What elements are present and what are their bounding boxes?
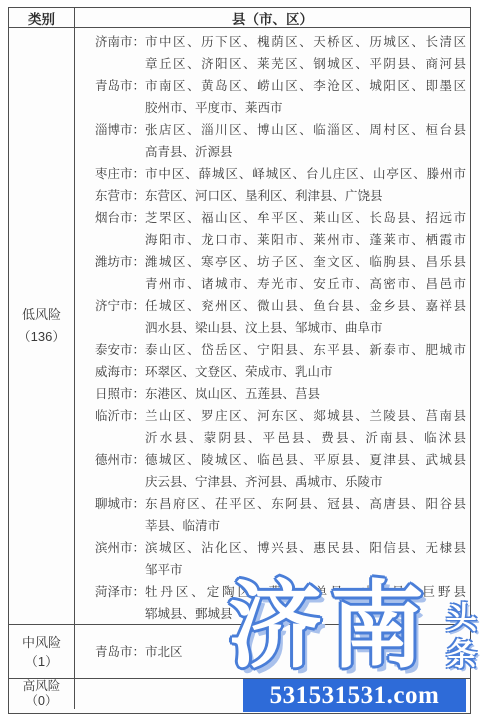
city-entry: 济宁市：任城区、兖州区、微山县、鱼台县、金乡县、嘉祥县泗水县、梁山县、汶上县、邹… (95, 295, 466, 339)
district-line: 市北区 (145, 641, 183, 663)
city-name: 泰安市： (95, 339, 145, 361)
district-lines: 东港区、岚山区、五莲县、莒县 (145, 383, 466, 405)
city-entry: 日照市：东港区、岚山区、五莲县、莒县 (95, 383, 466, 405)
district-line: 滨城区、沾化区、博兴县、惠民县、阳信县、无棣县 (145, 537, 466, 559)
watermark-brand-text: 济南 (228, 578, 432, 674)
district-line: 东营区、河口区、垦利区、利津县、广饶县 (145, 185, 466, 207)
city-name: 枣庄市： (95, 163, 145, 185)
city-entry: 聊城市：东昌府区、茌平区、东阿县、冠县、高唐县、阳谷县莘县、临清市 (95, 493, 466, 537)
district-line: 胶州市、平度市、莱西市 (145, 97, 466, 119)
city-entry: 潍坊市：潍城区、寒亭区、坊子区、奎文区、临朐县、昌乐县青州市、诸城市、寿光市、安… (95, 251, 466, 295)
district-lines: 市中区、薛城区、峄城区、台儿庄区、山亭区、滕州市 (145, 163, 466, 185)
city-name: 德州市： (95, 449, 145, 493)
risk-row: 低风险（136）济南市：市中区、历下区、槐荫区、天桥区、历城区、长清区章丘区、济… (9, 27, 470, 624)
district-lines: 市北区 (145, 641, 183, 663)
city-name: 东营市： (95, 185, 145, 207)
city-name: 济南市： (95, 31, 145, 75)
district-line: 德城区、陵城区、临邑县、平原县、夏津县、武城县 (145, 449, 466, 471)
city-entry: 济南市：市中区、历下区、槐荫区、天桥区、历城区、长清区章丘区、济阳区、莱芜区、钢… (95, 31, 466, 75)
city-entry: 青岛市：市南区、黄岛区、崂山区、李沧区、城阳区、即墨区胶州市、平度市、莱西市 (95, 75, 466, 119)
district-line: 市中区、历下区、槐荫区、天桥区、历城区、长清区 (145, 31, 466, 53)
risk-label-cell: 高风险（0） (9, 679, 75, 709)
risk-label: 中风险 (22, 633, 61, 652)
district-line: 张店区、淄川区、博山区、临淄区、周村区、桓台县 (145, 119, 466, 141)
district-line: 市中区、薛城区、峄城区、台儿庄区、山亭区、滕州市 (145, 163, 466, 185)
city-entry: 东营市：东营区、河口区、垦利区、利津县、广饶县 (95, 185, 466, 207)
district-line: 潍城区、寒亭区、坊子区、奎文区、临朐县、昌乐县 (145, 251, 466, 273)
district-lines: 东营区、河口区、垦利区、利津县、广饶县 (145, 185, 466, 207)
city-name: 临沂市： (95, 405, 145, 449)
city-name: 青岛市： (95, 641, 145, 663)
district-line: 沂水县、蒙阴县、平邑县、费县、沂南县、临沭县 (145, 427, 466, 449)
city-name: 青岛市： (95, 75, 145, 119)
city-entry: 枣庄市：市中区、薛城区、峄城区、台儿庄区、山亭区、滕州市 (95, 163, 466, 185)
district-line: 章丘区、济阳区、莱芜区、钢城区、平阴县、商河县 (145, 53, 466, 75)
city-name: 日照市： (95, 383, 145, 405)
city-name: 滨州市： (95, 537, 145, 581)
risk-count: （1） (25, 652, 58, 671)
district-line: 高青县、沂源县 (145, 141, 466, 163)
district-line: 任城区、兖州区、微山县、鱼台县、金乡县、嘉祥县 (145, 295, 466, 317)
city-name: 济宁市： (95, 295, 145, 339)
district-line: 东港区、岚山区、五莲县、莒县 (145, 383, 466, 405)
district-line: 泗水县、梁山县、汶上县、邹城市、曲阜市 (145, 317, 466, 339)
city-name: 潍坊市： (95, 251, 145, 295)
district-lines: 任城区、兖州区、微山县、鱼台县、金乡县、嘉祥县泗水县、梁山县、汶上县、邹城市、曲… (145, 295, 466, 339)
district-lines: 兰山区、罗庄区、河东区、郯城县、兰陵县、莒南县沂水县、蒙阴县、平邑县、费县、沂南… (145, 405, 466, 449)
risk-label: 低风险 (22, 304, 61, 326)
page: { "header": { "col_category": "类别", "col… (0, 0, 480, 716)
table-header: 类别 县（市、区） (9, 8, 470, 27)
district-line: 东昌府区、茌平区、东阿县、冠县、高唐县、阳谷县 (145, 493, 466, 515)
watermark-url-box: 531531531.com (243, 679, 466, 712)
city-entry: 威海市：环翠区、文登区、荣成市、乳山市 (95, 361, 466, 383)
risk-label: 高风险 (23, 679, 61, 694)
district-line: 海阳市、龙口市、莱阳市、莱州市、蓬莱市、栖霞市 (145, 229, 466, 251)
city-entry: 泰安市：泰山区、岱岳区、宁阳县、东平县、新泰市、肥城市 (95, 339, 466, 361)
city-entry: 淄博市：张店区、淄川区、博山区、临淄区、周村区、桓台县高青县、沂源县 (95, 119, 466, 163)
district-lines: 东昌府区、茌平区、东阿县、冠县、高唐县、阳谷县莘县、临清市 (145, 493, 466, 537)
district-lines: 市南区、黄岛区、崂山区、李沧区、城阳区、即墨区胶州市、平度市、莱西市 (145, 75, 466, 119)
district-line: 莘县、临清市 (145, 515, 466, 537)
county-list-cell: 济南市：市中区、历下区、槐荫区、天桥区、历城区、长清区章丘区、济阳区、莱芜区、钢… (75, 28, 470, 624)
risk-label-cell: 中风险（1） (9, 625, 75, 678)
district-lines: 泰山区、岱岳区、宁阳县、东平县、新泰市、肥城市 (145, 339, 466, 361)
district-lines: 环翠区、文登区、荣成市、乳山市 (145, 361, 466, 383)
district-lines: 德城区、陵城区、临邑县、平原县、夏津县、武城县庆云县、宁津县、齐河县、禹城市、乐… (145, 449, 466, 493)
district-line: 芝罘区、福山区、牟平区、莱山区、长岛县、招远市 (145, 207, 466, 229)
district-line: 庆云县、宁津县、齐河县、禹城市、乐陵市 (145, 471, 466, 493)
city-name: 烟台市： (95, 207, 145, 251)
district-lines: 市中区、历下区、槐荫区、天桥区、历城区、长清区章丘区、济阳区、莱芜区、钢城区、平… (145, 31, 466, 75)
district-line: 泰山区、岱岳区、宁阳县、东平县、新泰市、肥城市 (145, 339, 466, 361)
header-col-category: 类别 (9, 8, 75, 27)
risk-count: （136） (18, 326, 66, 348)
risk-label-cell: 低风险（136） (9, 28, 75, 624)
header-col-county: 县（市、区） (75, 8, 470, 27)
district-lines: 潍城区、寒亭区、坊子区、奎文区、临朐县、昌乐县青州市、诸城市、寿光市、安丘市、高… (145, 251, 466, 295)
city-entry: 临沂市：兰山区、罗庄区、河东区、郯城县、兰陵县、莒南县沂水县、蒙阴县、平邑县、费… (95, 405, 466, 449)
district-line: 兰山区、罗庄区、河东区、郯城县、兰陵县、莒南县 (145, 405, 466, 427)
district-lines: 芝罘区、福山区、牟平区、莱山区、长岛县、招远市海阳市、龙口市、莱阳市、莱州市、蓬… (145, 207, 466, 251)
watermark-side-text: 头条 (436, 601, 480, 675)
city-entry: 青岛市：市北区 (95, 641, 183, 663)
city-entry: 德州市：德城区、陵城区、临邑县、平原县、夏津县、武城县庆云县、宁津县、齐河县、禹… (95, 449, 466, 493)
city-name: 聊城市： (95, 493, 145, 537)
risk-count: （0） (26, 694, 58, 709)
city-entry: 烟台市：芝罘区、福山区、牟平区、莱山区、长岛县、招远市海阳市、龙口市、莱阳市、莱… (95, 207, 466, 251)
district-line: 环翠区、文登区、荣成市、乳山市 (145, 361, 466, 383)
city-name: 威海市： (95, 361, 145, 383)
city-name: 菏泽市： (95, 581, 145, 624)
district-lines: 张店区、淄川区、博山区、临淄区、周村区、桓台县高青县、沂源县 (145, 119, 466, 163)
district-line: 市南区、黄岛区、崂山区、李沧区、城阳区、即墨区 (145, 75, 466, 97)
city-name: 淄博市： (95, 119, 145, 163)
district-line: 青州市、诸城市、寿光市、安丘市、高密市、昌邑市 (145, 273, 466, 295)
